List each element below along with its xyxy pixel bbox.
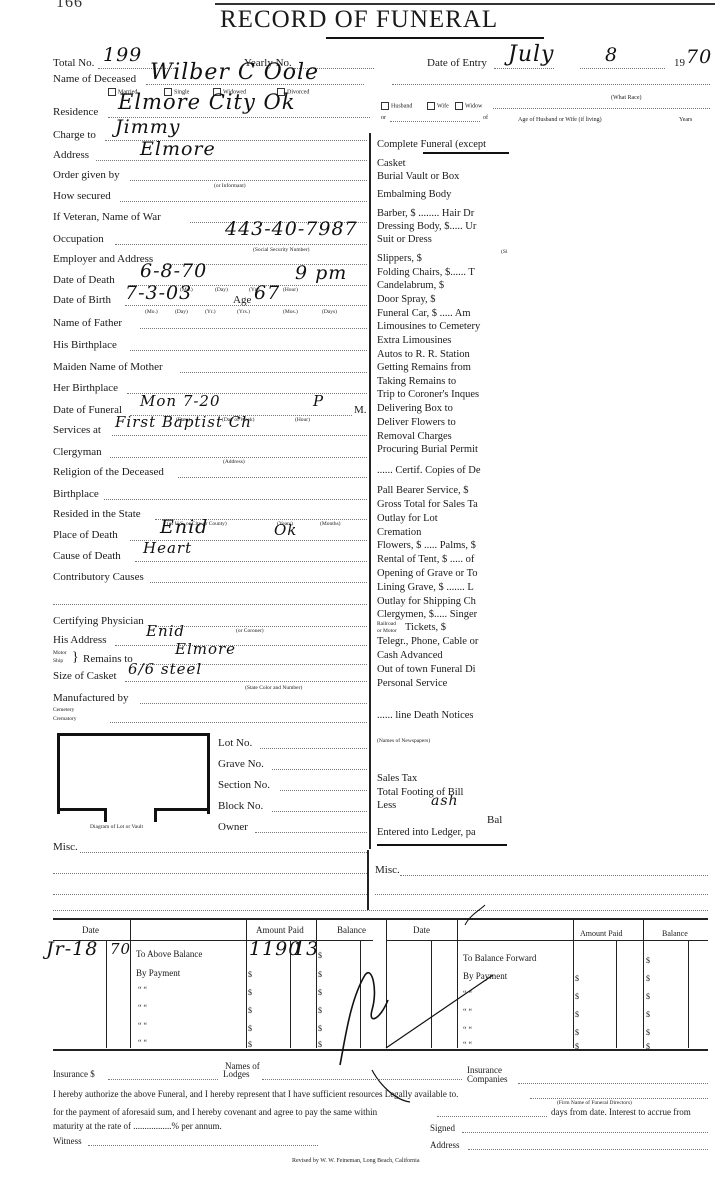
- insurance-label: Insurance $: [53, 1069, 95, 1079]
- revised-credit: Revised by W. W. Feineman, Long Beach, C…: [292, 1158, 419, 1164]
- address-field-footer[interactable]: [468, 1149, 708, 1150]
- authorization-line-3: maturity at the rate of ................…: [53, 1121, 222, 1131]
- lodges-label-bottom: Lodges: [223, 1069, 250, 1079]
- signed-label: Signed: [430, 1123, 455, 1133]
- signature-strokes: [0, 0, 727, 1181]
- witness-field[interactable]: [88, 1145, 318, 1146]
- authorization-line-2: for the payment of aforesaid sum, and I …: [53, 1107, 377, 1117]
- authorization-line-1: I hereby authorize the above Funeral, an…: [53, 1089, 458, 1099]
- witness-label: Witness: [53, 1136, 82, 1146]
- companies-label-bottom: Companies: [467, 1074, 508, 1084]
- director-caption: (Firm Name of Funeral Directors): [557, 1100, 632, 1106]
- signed-field[interactable]: [462, 1132, 708, 1133]
- address-label-footer: Address: [430, 1140, 460, 1150]
- authorization-line-2-end: days from date. Interest to accrue from: [551, 1107, 691, 1117]
